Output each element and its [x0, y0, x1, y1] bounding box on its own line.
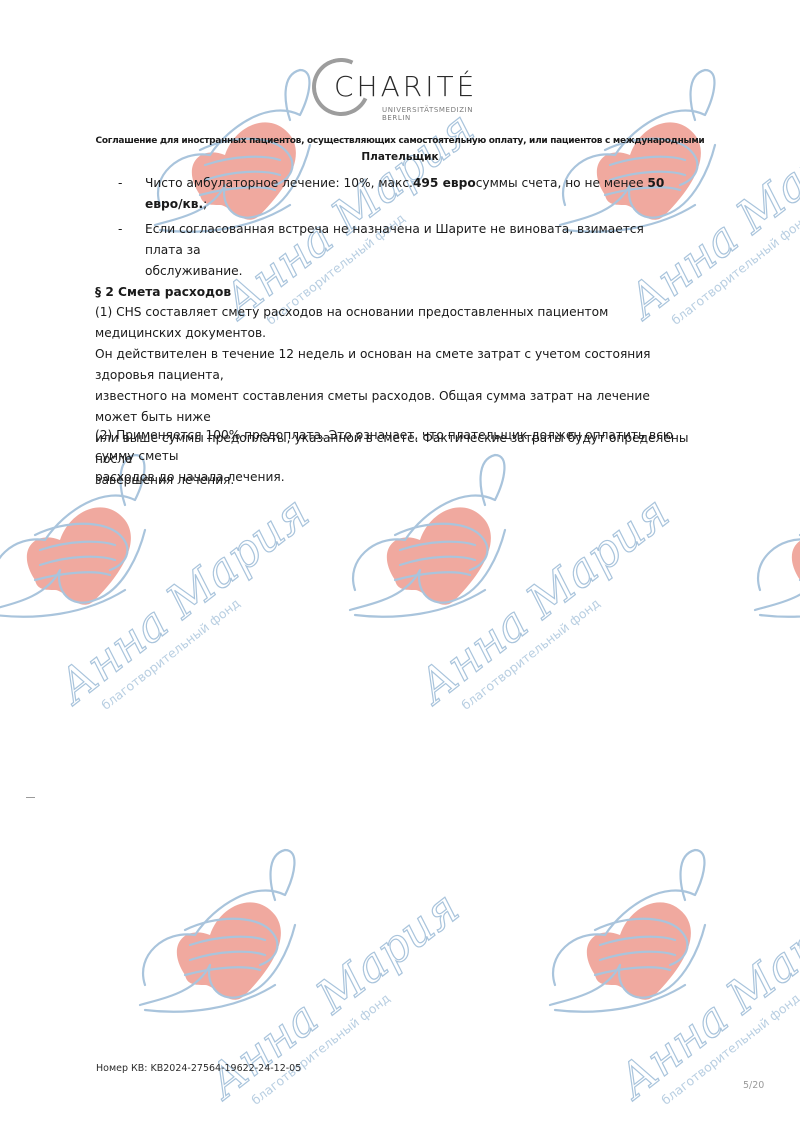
svg-text:Анна Мария: Анна Мария: [46, 485, 319, 715]
watermark: Анна Мария благотворительный фонд: [125, 835, 385, 1095]
bullet-text: Если согласованная встреча не назначена …: [145, 219, 685, 282]
agreement-subtitle: Плательщик: [0, 151, 800, 163]
document-id: Номер КВ: KB2024-27564-19622-24-12-05: [96, 1063, 301, 1074]
svg-text:благотворительный фонд: благотворительный фонд: [98, 595, 242, 712]
logo-subtitle: UNIVERSITÄTSMEDIZIN BERLIN: [382, 106, 492, 122]
svg-text:благотворительный фонд: благотворительный фонд: [248, 990, 392, 1107]
watermark: Анна Мария благотворительный фонд: [740, 440, 800, 700]
bullet-text: Чисто амбулаторное лечение: 10%, макс.49…: [145, 173, 685, 215]
svg-text:благотворительный фонд: благотворительный фонд: [458, 595, 602, 712]
watermark: Анна Мария благотворительный фонд: [535, 835, 795, 1095]
agreement-title: Соглашение для иностранных пациентов, ос…: [0, 136, 800, 146]
hands-holding-heart-icon: Анна Мария благотворительный фонд: [125, 835, 385, 1095]
svg-text:Анна Мария: Анна Мария: [606, 880, 800, 1110]
logo-wordmark: CHARITÉ: [334, 70, 477, 103]
hands-holding-heart-icon: Анна Мария благотворительный фонд: [740, 440, 800, 700]
svg-text:благотворительный фонд: благотворительный фонд: [658, 990, 800, 1107]
section-heading: § 2 Смета расходов: [95, 282, 695, 303]
charite-logo: CHARITÉ UNIVERSITÄTSMEDIZIN BERLIN: [312, 58, 492, 128]
bullet-dash: -: [118, 219, 122, 240]
svg-text:Анна Мария: Анна Мария: [196, 880, 469, 1110]
page-number: 5/20: [743, 1080, 764, 1091]
document-page: Анна Мария благотворительный фонд Анна М…: [0, 0, 800, 1131]
max-amount: 495 евро: [413, 176, 476, 190]
svg-text:Анна Мария: Анна Мария: [406, 485, 679, 715]
hands-holding-heart-icon: Анна Мария благотворительный фонд: [535, 835, 795, 1095]
paragraph-2: (2) Применяется 100% предоплата. Это озн…: [95, 425, 695, 488]
bullet-dash: -: [118, 173, 122, 194]
stray-mark: [26, 797, 35, 798]
